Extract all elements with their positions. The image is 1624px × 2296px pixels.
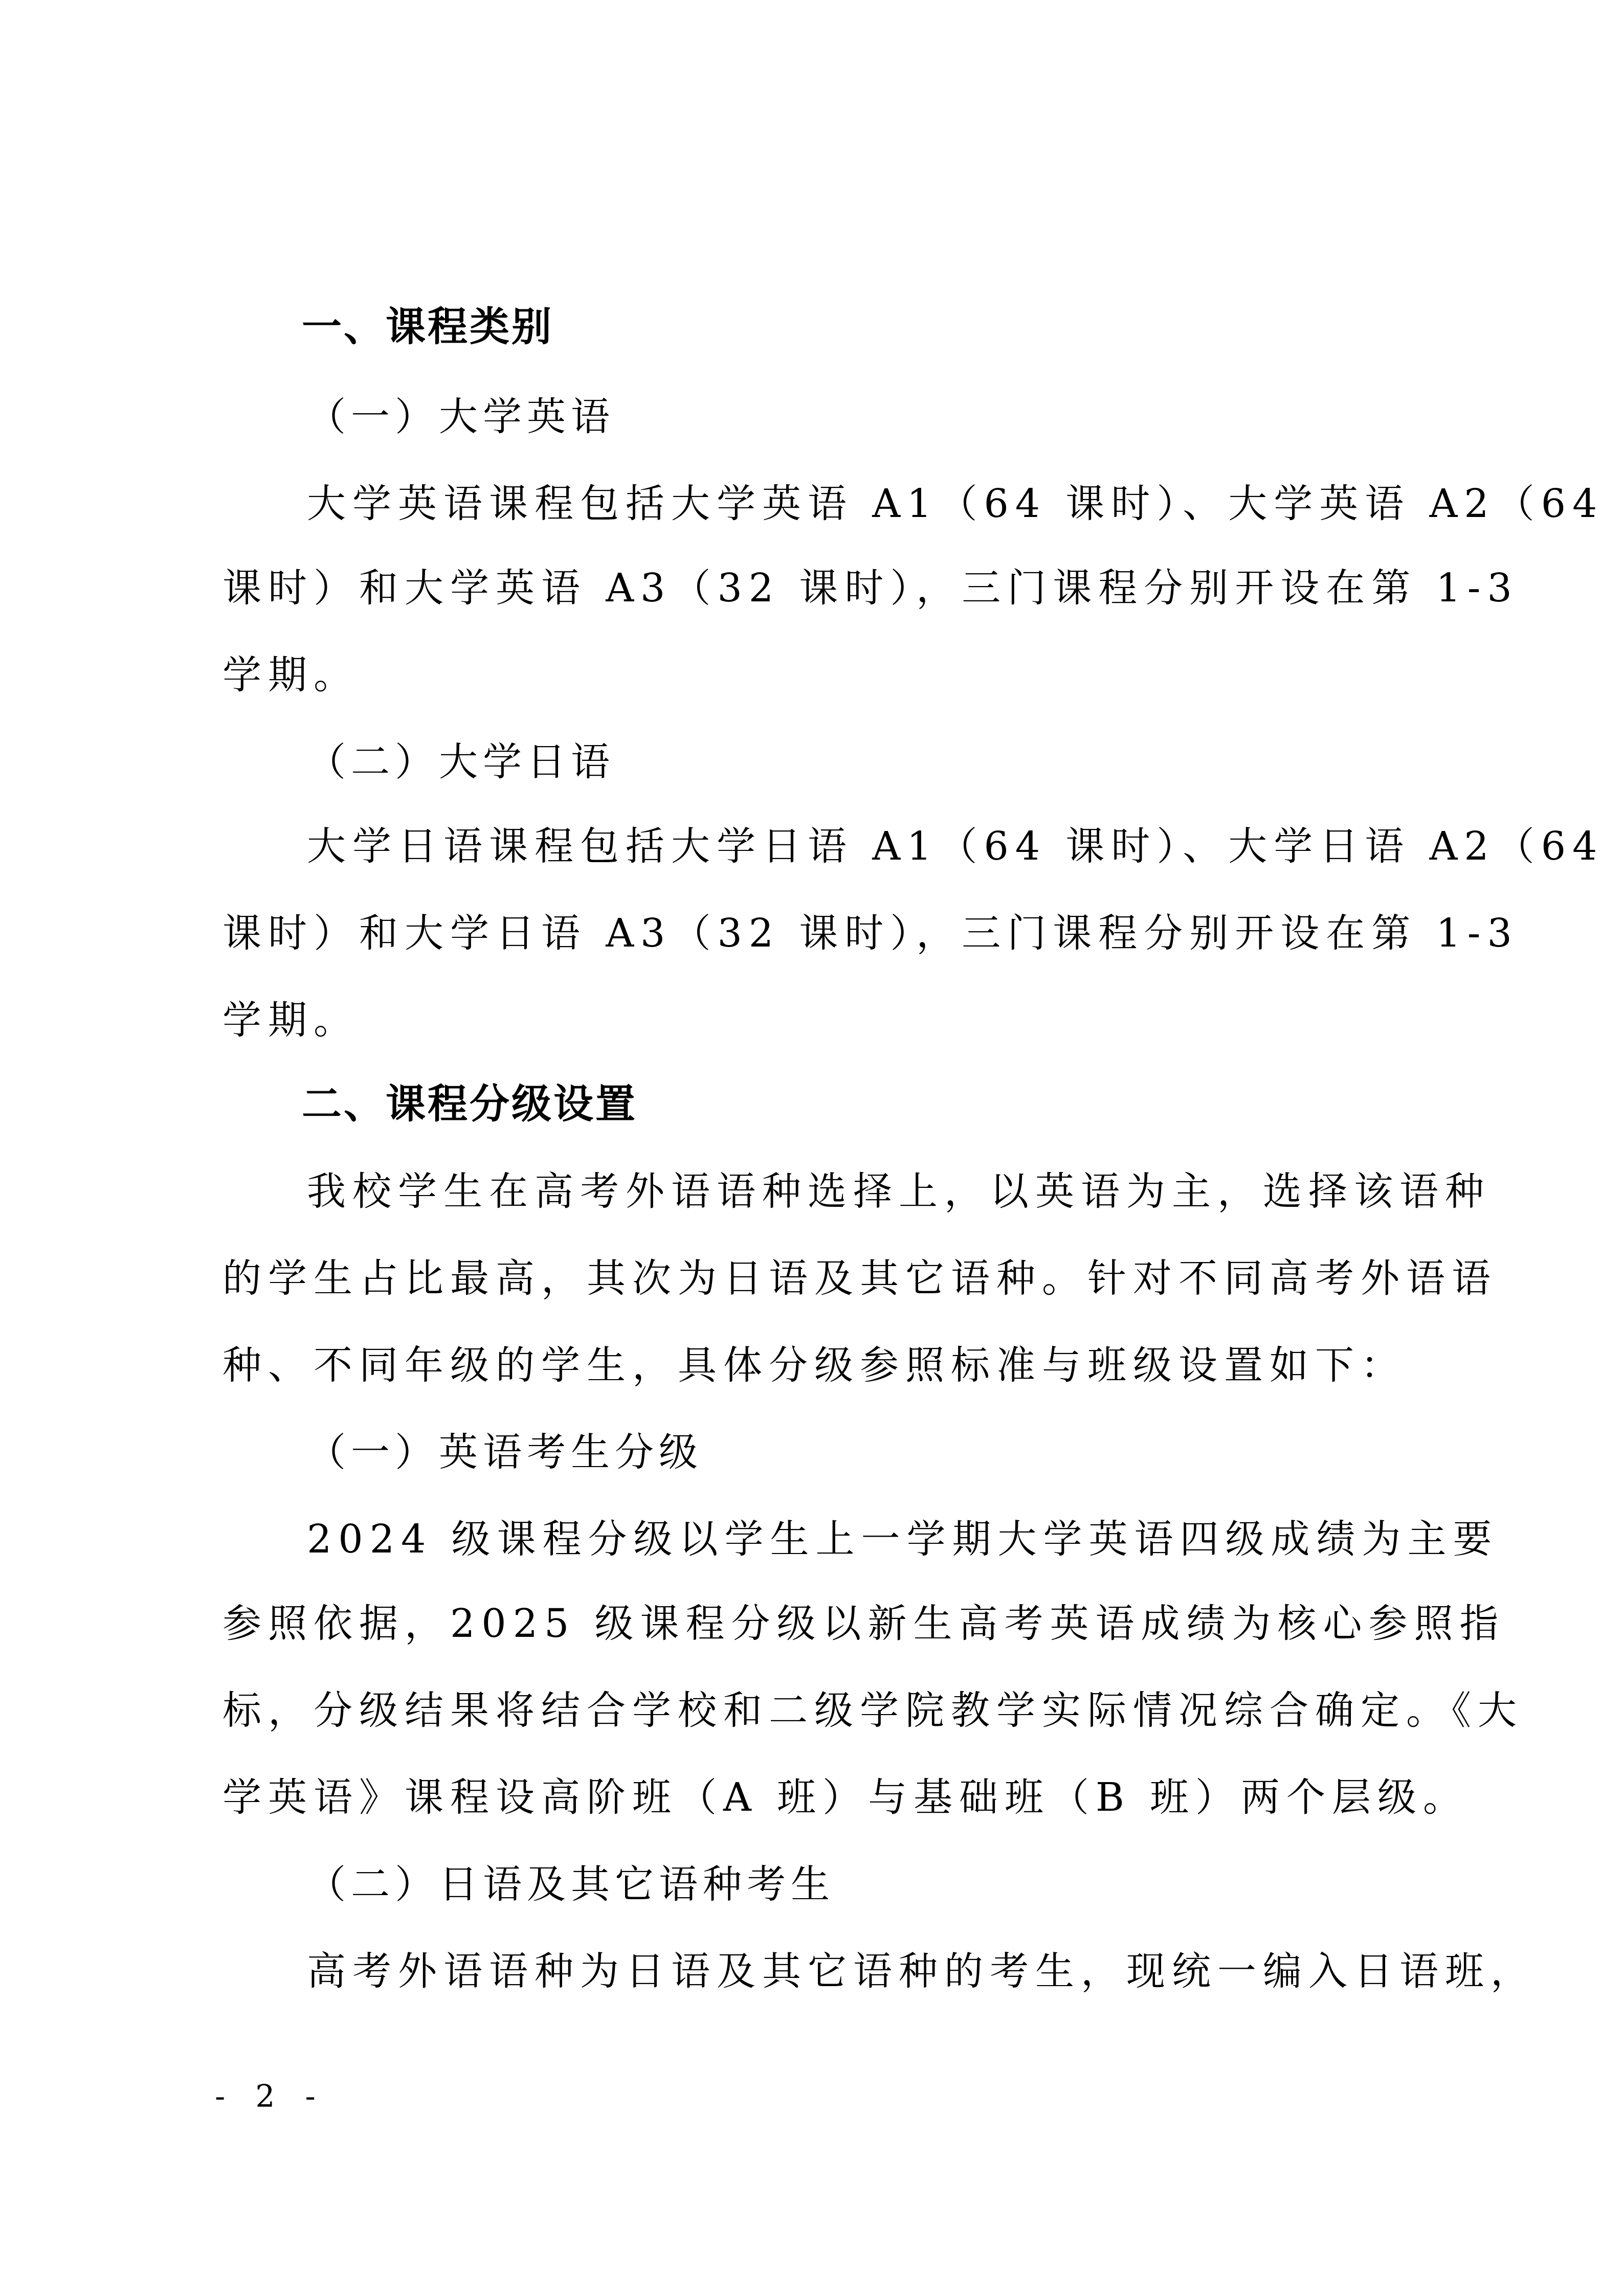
- subsection-heading-english-leveling: （一）英语考生分级: [307, 1427, 1506, 1478]
- paragraph-line: 学期。: [223, 995, 1422, 1046]
- paragraph-line: 大学英语课程包括大学英语 A1（64 课时）、大学英语 A2（64: [307, 478, 1422, 529]
- paragraph-line: 标，分级结果将结合学校和二级学院教学实际情况综合确定。《大: [223, 1685, 1422, 1736]
- paragraph-line: 课时）和大学日语 A3（32 课时），三门课程分别开设在第 1-3: [223, 908, 1422, 959]
- paragraph-line: 的学生占比最高，其次为日语及其它语种。针对不同高考外语语: [223, 1253, 1422, 1304]
- section-heading-course-categories: 一、课程类别: [302, 302, 1501, 353]
- subsection-heading-college-english: （一）大学英语: [307, 391, 1506, 442]
- paragraph-line: 2024 级课程分级以学生上一学期大学英语四级成绩为主要: [307, 1514, 1422, 1565]
- paragraph-line: 种、不同年级的学生，具体分级参照标准与班级设置如下：: [223, 1340, 1422, 1391]
- subsection-heading-college-japanese: （二）大学日语: [307, 736, 1506, 787]
- paragraph-line: 学期。: [223, 649, 1422, 701]
- paragraph-line: 参照依据，2025 级课程分级以新生高考英语成绩为核心参照指: [223, 1598, 1422, 1649]
- paragraph-line: 大学日语课程包括大学日语 A1（64 课时）、大学日语 A2（64: [307, 821, 1422, 872]
- paragraph-line: 课时）和大学英语 A3（32 课时），三门课程分别开设在第 1-3: [223, 562, 1422, 614]
- document-page: 一、课程类别 （一）大学英语 大学英语课程包括大学英语 A1（64 课时）、大学…: [0, 0, 1624, 2296]
- page-number: - 2 -: [215, 2076, 326, 2117]
- paragraph-line: 学英语》课程设高阶班（A 班）与基础班（B 班）两个层级。: [223, 1772, 1422, 1823]
- section-heading-course-leveling: 二、课程分级设置: [302, 1079, 1501, 1130]
- paragraph-line: 我校学生在高考外语语种选择上，以英语为主，选择该语种: [307, 1166, 1422, 1217]
- paragraph-line: 高考外语语种为日语及其它语种的考生，现统一编入日语班，: [307, 1946, 1422, 1997]
- subsection-heading-japanese-other-leveling: （二）日语及其它语种考生: [307, 1859, 1506, 1910]
